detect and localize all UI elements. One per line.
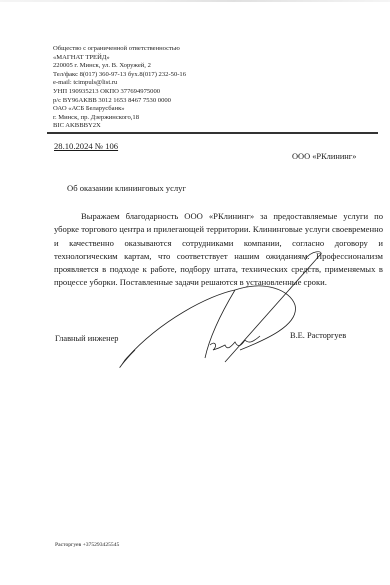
company-account: р/с BY96AKBB 3012 1653 8467 7530 0000 <box>53 97 186 106</box>
scan-edge <box>0 0 390 2</box>
letterhead: Общество с ограниченной ответственностью… <box>53 45 186 131</box>
subject: Об оказании клининговых услуг <box>67 183 186 193</box>
company-bank: ОАО «АСБ Беларусбанк» <box>53 105 186 114</box>
company-phone: Тел/факс 8(017) 360-97-13 бух.8(017) 232… <box>53 71 186 80</box>
header-divider <box>47 132 378 134</box>
company-email: e-mail: tcimpuls@list.ru <box>53 79 186 88</box>
recipient: ООО «РКлининг» <box>292 152 356 161</box>
footer-contact: Расторгуев +375293425545 <box>55 542 119 548</box>
date-number: 28.10.2024 № 106 <box>54 141 118 151</box>
bank-address: г. Минск, пр. Дзержинского,18 <box>53 114 186 123</box>
company-address: 220005 г. Минск, ул. В. Хоружей, 2 <box>53 62 186 71</box>
company-type: Общество с ограниченной ответственностью <box>53 45 186 54</box>
bank-bic: BIC AKBBBY2X <box>53 122 186 131</box>
signature-icon <box>115 250 335 380</box>
company-name: «МАГНАТ ТРЕЙД» <box>53 54 186 63</box>
signer-position: Главный инженер <box>55 334 119 343</box>
company-unp: УНП 190935213 ОКПО 377694975000 <box>53 88 186 97</box>
